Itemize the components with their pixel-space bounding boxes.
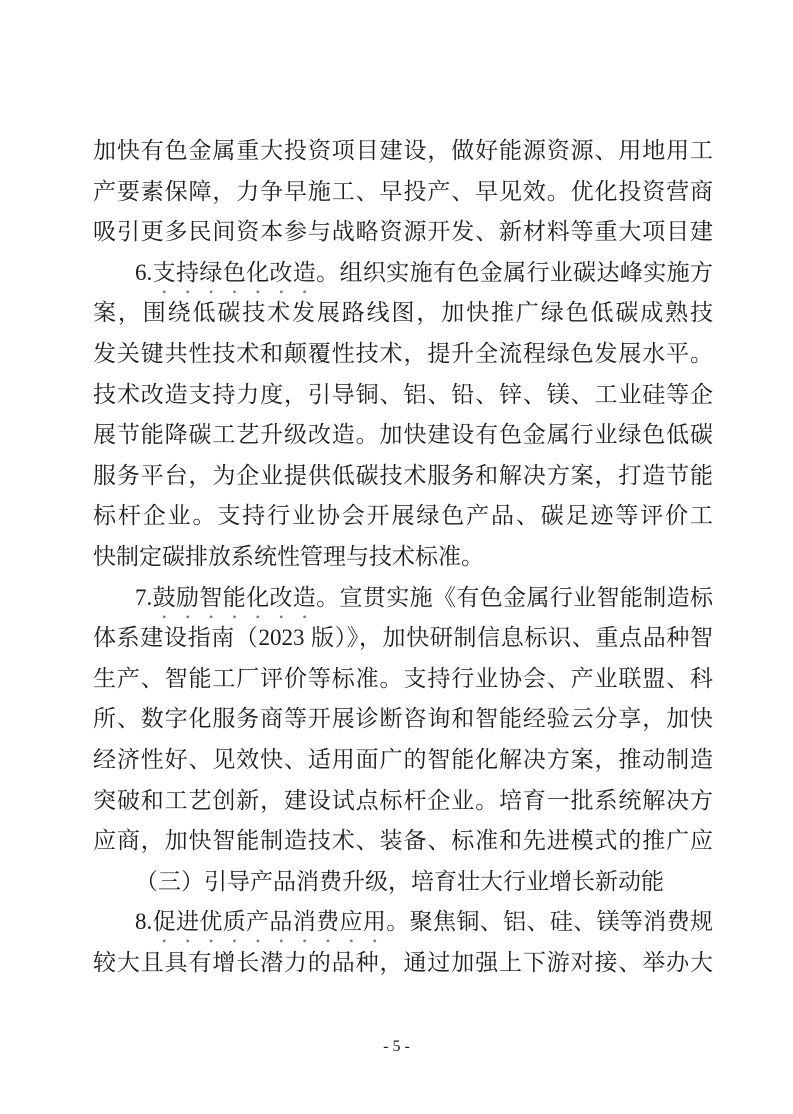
page-number: - 5 - xyxy=(0,1038,793,1056)
emphasized-phrase: 支持绿色化改造 xyxy=(152,260,316,285)
text-line: 快制定碳排放系统性管理与技术标准。 xyxy=(93,537,713,578)
text-line: 7.鼓励智能化改造。宣贯实施《有色金属行业智能制造标准 xyxy=(93,578,713,619)
text-segment: 生产、智能工厂评价等标准。支持行业协会、产业联盟、科研院 xyxy=(93,666,713,700)
text-line: 案，围绕低碳技术发展路线图，加快推广绿色低碳成熟技术，开 xyxy=(93,293,713,334)
text-line: 所、数字化服务商等开展诊断咨询和智能经验云分享，加快开发 xyxy=(93,699,713,740)
text-line: 经济性好、见效快、适用面广的智能化解决方案，推动制造技术 xyxy=(93,740,713,781)
text-segment: 产要素保障，力争早施工、早投产、早见效。优化投资营商环境， xyxy=(93,179,713,213)
text-segment: 服务平台，为企业提供低碳技术服务和解决方案，打造节能降碳 xyxy=(93,463,713,497)
text-segment: 吸引更多民间资本参与战略资源开发、新材料等重大项目建设。 xyxy=(93,219,713,253)
text-line: 突破和工艺创新，建设试点标杆企业。培育一批系统解决方案供 xyxy=(93,781,713,822)
text-segment: 快制定碳排放系统性管理与技术标准。 xyxy=(93,544,484,569)
text-segment: 7. xyxy=(135,585,152,610)
text-line: 较大且具有增长潜力的品种，通过加强上下游对接、举办大型展 xyxy=(93,943,713,984)
text-line: 生产、智能工厂评价等标准。支持行业协会、产业联盟、科研院 xyxy=(93,659,713,700)
text-segment: 加快有色金属重大投资项目建设，做好能源资源、用地用工等生 xyxy=(93,138,713,172)
text-segment: 发关键共性技术和颠覆性技术，提升全流程绿色发展水平。加大 xyxy=(93,341,713,375)
text-segment: 展节能降碳工艺升级改造。加快建设有色金属行业绿色低碳公共 xyxy=(93,422,713,456)
text-segment: （三）引导产品消费升级，培育壮大行业增长新动能 xyxy=(135,869,664,894)
text-segment: 技术改造支持力度，引导铜、铝、铅、锌、镁、工业硅等企业开 xyxy=(93,382,713,416)
text-line: 6.支持绿色化改造。组织实施有色金属行业碳达峰实施方 xyxy=(93,253,713,294)
text-line: 技术改造支持力度，引导铜、铝、铅、锌、镁、工业硅等企业开 xyxy=(93,375,713,416)
text-line: 展节能降碳工艺升级改造。加快建设有色金属行业绿色低碳公共 xyxy=(93,415,713,456)
text-segment: 突破和工艺创新，建设试点标杆企业。培育一批系统解决方案供 xyxy=(93,788,713,822)
document-body-text: 加快有色金属重大投资项目建设，做好能源资源、用地用工等生产要素保障，力争早施工、… xyxy=(93,131,713,983)
text-line: 发关键共性技术和颠覆性技术，提升全流程绿色发展水平。加大 xyxy=(93,334,713,375)
text-segment: 案，围绕低碳技术发展路线图，加快推广绿色低碳成熟技术，开 xyxy=(93,300,713,334)
text-line: 8.促进优质产品消费应用。聚焦铜、铝、硅、镁等消费规模 xyxy=(93,902,713,943)
text-segment: 6. xyxy=(135,260,152,285)
emphasized-phrase: 促进优质产品消费应用 xyxy=(152,909,386,934)
text-segment: 标杆企业。支持行业协会开展绿色产品、碳足迹等评价工作，加 xyxy=(93,503,713,537)
text-segment: 。组织实施有色金属行业碳达峰实施方 xyxy=(316,260,713,285)
text-line: 标杆企业。支持行业协会开展绿色产品、碳足迹等评价工作，加 xyxy=(93,496,713,537)
text-line: 产要素保障，力争早施工、早投产、早见效。优化投资营商环境， xyxy=(93,172,713,213)
text-line: 体系建设指南（2023 版）》，加快研制信息标识、重点品种智能 xyxy=(93,618,713,659)
text-line: 应商，加快智能制造技术、装备、标准和先进模式的推广应用。 xyxy=(93,821,713,862)
text-segment: 应商，加快智能制造技术、装备、标准和先进模式的推广应用。 xyxy=(93,828,713,862)
text-segment: 经济性好、见效快、适用面广的智能化解决方案，推动制造技术 xyxy=(93,747,713,781)
text-segment: 8. xyxy=(135,909,152,934)
text-segment: 体系建设指南（2023 版）》，加快研制信息标识、重点品种智能 xyxy=(93,625,713,659)
text-segment: 较大且具有增长潜力的品种，通过加强上下游对接、举办大型展 xyxy=(93,950,713,984)
text-line: 加快有色金属重大投资项目建设，做好能源资源、用地用工等生 xyxy=(93,131,713,172)
document-page: 加快有色金属重大投资项目建设，做好能源资源、用地用工等生产要素保障，力争早施工、… xyxy=(0,0,793,1114)
text-segment: 所、数字化服务商等开展诊断咨询和智能经验云分享，加快开发 xyxy=(93,706,713,740)
emphasized-phrase: 鼓励智能化改造 xyxy=(152,585,316,610)
section-heading: （三）引导产品消费升级，培育壮大行业增长新动能 xyxy=(93,862,713,903)
text-line: 服务平台，为企业提供低碳技术服务和解决方案，打造节能降碳 xyxy=(93,456,713,497)
text-line: 吸引更多民间资本参与战略资源开发、新材料等重大项目建设。 xyxy=(93,212,713,253)
